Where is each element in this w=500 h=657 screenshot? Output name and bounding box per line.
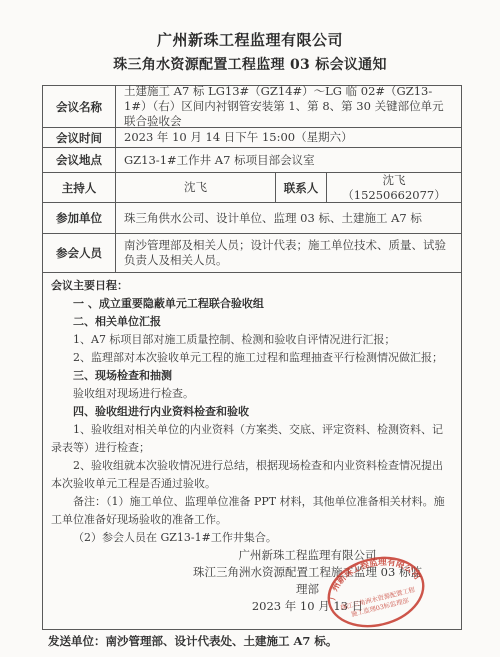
signature-department: 珠江三角洲水资源配置工程施工监理 03 标监理部 xyxy=(190,564,425,598)
attendees-value: 南沙管理部及相关人员；设计代表；施工单位技术、质量、试验负责人及相关人员。 xyxy=(116,234,461,272)
agenda-item-3-1: 验收组对现场进行检查。 xyxy=(51,385,453,403)
participating-units-value: 珠三角供水公司、设计单位、监理 03 标、土建施工 A7 标 xyxy=(116,203,461,233)
host-label: 主持人 xyxy=(43,173,116,202)
participating-units-label: 参加单位 xyxy=(43,203,116,233)
meeting-time-value: 2023 年 10 月 14 日下午 15:00（星期六） xyxy=(116,128,461,147)
agenda-remark-2: （2）参会人员在 GZ13-1#工作井集合。 xyxy=(51,529,453,547)
agenda-item-2-1: 1、A7 标项目部对施工质量控制、检测和验收自评情况进行汇报； xyxy=(51,331,453,349)
meeting-place-label: 会议地点 xyxy=(43,148,116,172)
table-row-meeting-place: 会议地点 GZ13-1#工作井 A7 标项目部会议室 xyxy=(43,148,461,173)
agenda-item-4: 四、验收组进行内业资料检查和验收 xyxy=(51,403,453,421)
attendees-label: 参会人员 xyxy=(43,234,116,272)
contact-label: 联系人 xyxy=(276,173,327,202)
agenda-item-4-2: 2、验收组就本次验收情况进行总结，根据现场检查和内业资料检查情况提出本次验收单元… xyxy=(51,457,453,493)
table-row-host: 主持人 沈飞 联系人 沈飞（15250662077） xyxy=(43,173,461,203)
send-to-line: 发送单位：南沙管理部、设计代表处、土建施工 A7 标。 xyxy=(48,633,337,649)
meeting-place-value: GZ13-1#工作井 A7 标项目部会议室 xyxy=(116,148,461,172)
table-row-meeting-name: 会议名称 土建施工 A7 标 LG13#（GZ14#）～LG 临 02#（GZ1… xyxy=(43,86,461,128)
signature-date: 2023 年 10 月 13 日 xyxy=(190,598,425,615)
document-page: 广州新珠工程监理有限公司 珠三角水资源配置工程监理 03 标会议通知 会议名称 … xyxy=(0,0,500,657)
agenda-heading: 会议主要日程： xyxy=(51,277,453,295)
table-row-participating-units: 参加单位 珠三角供水公司、设计单位、监理 03 标、土建施工 A7 标 xyxy=(43,203,461,234)
signature-block: 广州新珠工程监理有限公司 珠江三角洲水资源配置工程施工监理 03 标监理部 20… xyxy=(190,547,425,621)
agenda-item-2: 二、相关单位汇报 xyxy=(51,313,453,331)
meeting-time-label: 会议时间 xyxy=(43,128,116,147)
agenda-item-1: 一 、成立重要隐蔽单元工程联合验收组 xyxy=(51,295,453,313)
signature-company: 广州新珠工程监理有限公司 xyxy=(190,547,425,564)
table-row-attendees: 参会人员 南沙管理部及相关人员；设计代表；施工单位技术、质量、试验负责人及相关人… xyxy=(43,234,461,273)
table-row-meeting-time: 会议时间 2023 年 10 月 14 日下午 15:00（星期六） xyxy=(43,128,461,148)
agenda-remark-1: 备注：（1）施工单位、监理单位准备 PPT 材料，其他单位准备相关材料。施工单位… xyxy=(51,493,453,529)
agenda-body-cell: 会议主要日程： 一 、成立重要隐蔽单元工程联合验收组 二、相关单位汇报 1、A7… xyxy=(43,273,461,629)
contact-value: 沈飞（15250662077） xyxy=(327,173,461,202)
company-title: 广州新珠工程监理有限公司 xyxy=(0,29,500,50)
agenda-item-3: 三、现场检查和抽测 xyxy=(51,367,453,385)
host-value: 沈飞 xyxy=(116,173,276,202)
agenda-item-4-1: 1、验收组对相关单位的内业资料（方案类、交底、评定资料、检测资料、记录表等）进行… xyxy=(51,421,453,457)
agenda-item-2-2: 2、监理部对本次验收单元工程的施工过程和监理抽查平行检测情况做汇报； xyxy=(51,349,453,367)
meeting-name-value: 土建施工 A7 标 LG13#（GZ14#）～LG 临 02#（GZ13-1#）… xyxy=(116,86,461,127)
meeting-name-label: 会议名称 xyxy=(43,86,116,127)
notice-subtitle: 珠三角水资源配置工程监理 03 标会议通知 xyxy=(0,54,500,74)
meeting-info-table: 会议名称 土建施工 A7 标 LG13#（GZ14#）～LG 临 02#（GZ1… xyxy=(42,85,462,630)
